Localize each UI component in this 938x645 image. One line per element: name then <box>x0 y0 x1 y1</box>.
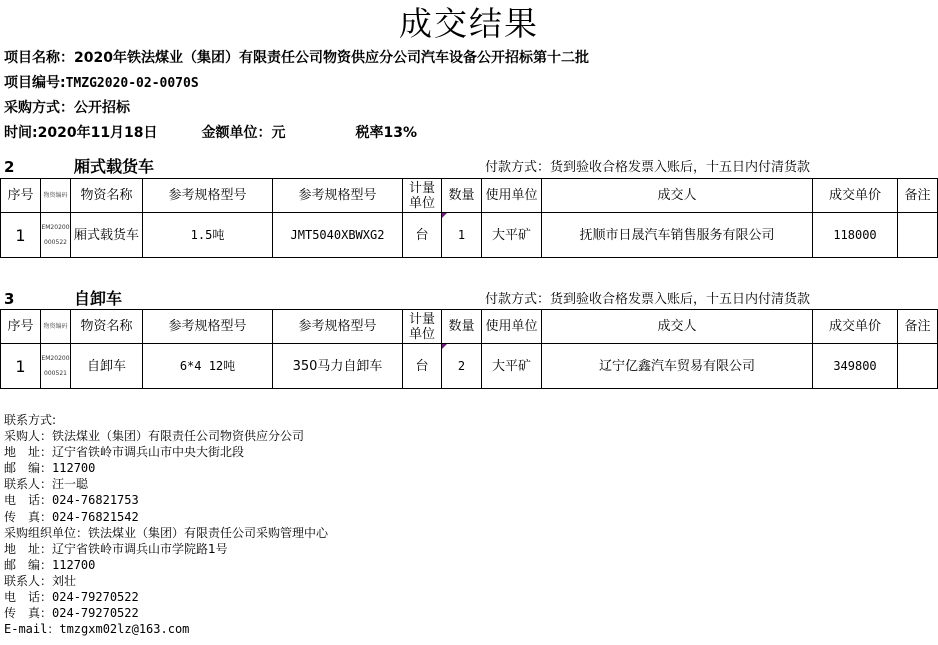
cell-material-name: 厢式载货车 <box>71 213 143 258</box>
currency-label: 金额单位： <box>202 125 272 141</box>
contact-line: 邮 编：112700 <box>4 460 328 476</box>
project-code-line: 项目编号:TMZG2020-02-0070S <box>4 73 199 94</box>
header-unit-price: 成交单价 <box>813 310 898 344</box>
project-name-label: 项目名称： <box>4 50 74 66</box>
header-user-unit: 使用单位 <box>482 310 542 344</box>
contact-heading: 联系方式: <box>4 412 328 428</box>
date-label: 时间: <box>4 125 38 141</box>
contact-line: 采购人：铁法煤业（集团）有限责任公司物资供应分公司 <box>4 428 328 444</box>
contact-line: 电 话：024-79270522 <box>4 589 328 605</box>
contact-line: 传 真：024-76821542 <box>4 509 328 525</box>
contact-line: 联系人：刘壮 <box>4 573 328 589</box>
cell-unit-price: 118000 <box>813 213 898 258</box>
email-link[interactable]: tmzgxm02lz@163.com <box>59 622 189 636</box>
result-table: 序号 物资编码 物资名称 参考规格型号 参考规格型号 计量单位 数量 使用单位 … <box>0 309 938 389</box>
page-title: 成交结果 <box>0 2 938 46</box>
header-winner: 成交人 <box>542 179 813 213</box>
header-unit: 计量单位 <box>403 310 442 344</box>
header-qty: 数量 <box>442 310 482 344</box>
contact-line: 传 真：024-79270522 <box>4 605 328 621</box>
table-row: 1 EM20200000522 厢式载货车 1.5吨 JMT5040XBWXG2… <box>1 213 938 258</box>
cell-remark <box>898 344 938 389</box>
header-unit-price: 成交单价 <box>813 179 898 213</box>
cell-qty-value: 1 <box>458 228 465 242</box>
cell-qty: 2 <box>442 344 482 389</box>
cell-qty-value: 2 <box>458 359 465 373</box>
contact-line: 地 址：辽宁省铁岭市调兵山市学院路1号 <box>4 541 328 557</box>
cell-user-unit: 大平矿 <box>482 344 542 389</box>
cell-unit: 台 <box>403 213 442 258</box>
header-spec2: 参考规格型号 <box>273 179 403 213</box>
currency-value: 元 <box>272 125 286 141</box>
header-material-code: 物资编码 <box>41 179 71 213</box>
section-number: 3 <box>4 289 14 309</box>
contact-email-line: E-mail：tmzgxm02lz@163.com <box>4 621 328 637</box>
project-name-line: 项目名称：2020年铁法煤业（集团）有限责任公司物资供应分公司汽车设备公开招标第… <box>4 48 589 68</box>
table-row: 1 EM20200000521 自卸车 6*4 12吨 350马力自卸车 台 2… <box>1 344 938 389</box>
contact-line: 邮 编：112700 <box>4 557 328 573</box>
cell-spec2: 350马力自卸车 <box>273 344 403 389</box>
date-line: 时间:2020年11月18日金额单位：元税率13% <box>4 123 417 143</box>
cell-spec1: 6*4 12吨 <box>143 344 273 389</box>
cell-material-name: 自卸车 <box>71 344 143 389</box>
cell-unit: 台 <box>403 344 442 389</box>
header-spec1: 参考规格型号 <box>143 179 273 213</box>
comment-indicator-icon[interactable] <box>442 213 447 218</box>
table-header-row: 序号 物资编码 物资名称 参考规格型号 参考规格型号 计量单位 数量 使用单位 … <box>1 310 938 344</box>
cell-winner: 抚顺市日晟汽车销售服务有限公司 <box>542 213 813 258</box>
cell-material-code: EM20200000521 <box>41 344 71 389</box>
cell-user-unit: 大平矿 <box>482 213 542 258</box>
cell-seq: 1 <box>1 344 41 389</box>
header-spec1: 参考规格型号 <box>143 310 273 344</box>
section-name: 厢式载货车 <box>74 157 154 177</box>
contact-line: 联系人：汪一聪 <box>4 476 328 492</box>
procurement-method: 公开招标 <box>74 100 130 116</box>
procurement-method-label: 采购方式： <box>4 100 74 116</box>
header-spec2: 参考规格型号 <box>273 310 403 344</box>
section-header: 2 厢式载货车 付款方式：货到验收合格发票入账后，十五日内付清货款 <box>0 157 938 177</box>
header-material-name: 物资名称 <box>71 179 143 213</box>
contact-block: 联系方式:采购人：铁法煤业（集团）有限责任公司物资供应分公司地 址：辽宁省铁岭市… <box>4 412 328 637</box>
header-seq: 序号 <box>1 310 41 344</box>
project-code-label: 项目编号: <box>4 75 66 91</box>
comment-indicator-icon[interactable] <box>442 344 447 349</box>
cell-qty: 1 <box>442 213 482 258</box>
procurement-method-line: 采购方式：公开招标 <box>4 98 130 118</box>
header-remark: 备注 <box>898 310 938 344</box>
section-header: 3 自卸车 付款方式：货到验收合格发票入账后，十五日内付清货款 <box>0 289 938 309</box>
header-winner: 成交人 <box>542 310 813 344</box>
cell-unit-price: 349800 <box>813 344 898 389</box>
payment-terms: 付款方式：货到验收合格发票入账后，十五日内付清货款 <box>485 291 810 309</box>
header-material-name: 物资名称 <box>71 310 143 344</box>
project-name: 2020年铁法煤业（集团）有限责任公司物资供应分公司汽车设备公开招标第十二批 <box>74 50 589 66</box>
section-name: 自卸车 <box>74 289 122 309</box>
cell-spec2: JMT5040XBWXG2 <box>273 213 403 258</box>
cell-seq: 1 <box>1 213 41 258</box>
table-header-row: 序号 物资编码 物资名称 参考规格型号 参考规格型号 计量单位 数量 使用单位 … <box>1 179 938 213</box>
cell-spec1: 1.5吨 <box>143 213 273 258</box>
date-value: 2020年11月18日 <box>38 125 158 141</box>
header-seq: 序号 <box>1 179 41 213</box>
header-unit: 计量单位 <box>403 179 442 213</box>
header-qty: 数量 <box>442 179 482 213</box>
contact-line: 地 址：辽宁省铁岭市调兵山市中央大街北段 <box>4 444 328 460</box>
cell-material-code: EM20200000522 <box>41 213 71 258</box>
header-user-unit: 使用单位 <box>482 179 542 213</box>
header-remark: 备注 <box>898 179 938 213</box>
contact-line: 电 话：024-76821753 <box>4 492 328 508</box>
section-number: 2 <box>4 157 14 177</box>
cell-remark <box>898 213 938 258</box>
payment-terms: 付款方式：货到验收合格发票入账后，十五日内付清货款 <box>485 159 810 177</box>
tax-label: 税率 <box>356 125 384 141</box>
cell-winner: 辽宁亿鑫汽车贸易有限公司 <box>542 344 813 389</box>
header-material-code: 物资编码 <box>41 310 71 344</box>
contact-line: 采购组织单位：铁法煤业（集团）有限责任公司采购管理中心 <box>4 525 328 541</box>
result-table: 序号 物资编码 物资名称 参考规格型号 参考规格型号 计量单位 数量 使用单位 … <box>0 178 938 258</box>
project-code: TMZG2020-02-0070S <box>66 76 199 91</box>
tax-value: 13% <box>384 125 418 141</box>
